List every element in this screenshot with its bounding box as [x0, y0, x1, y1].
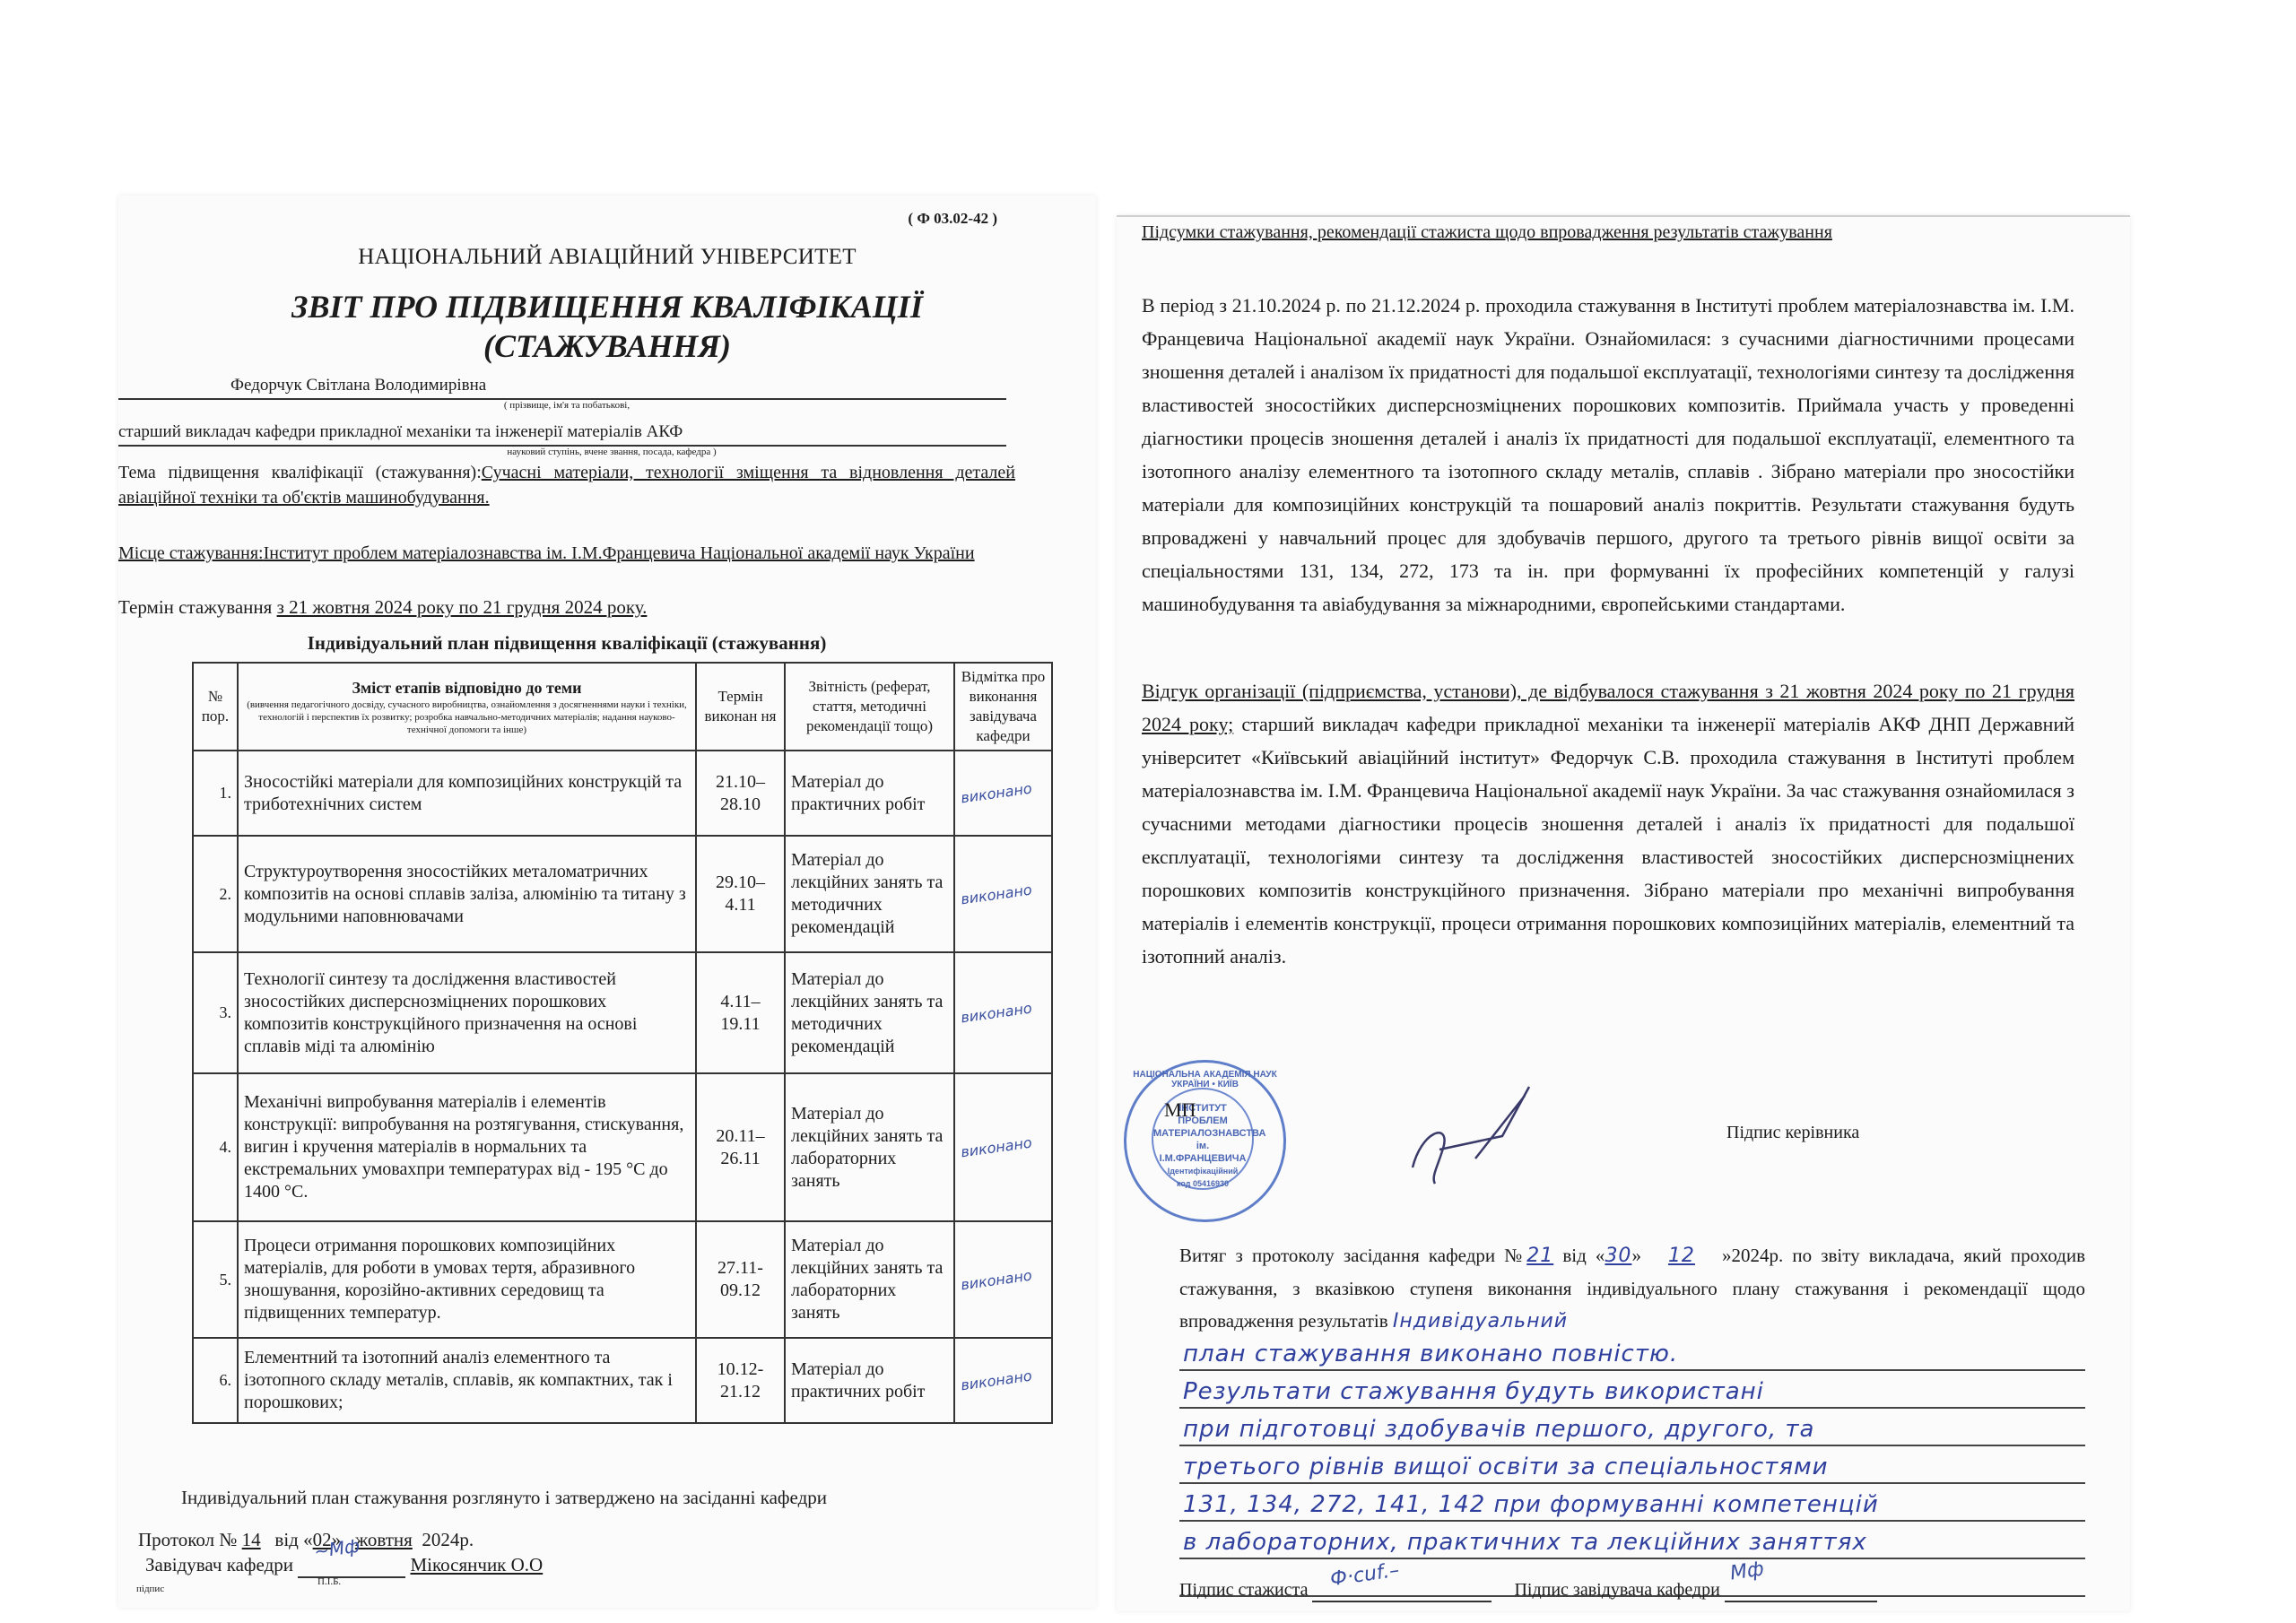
cell-num: 1.	[193, 751, 238, 836]
institute-stamp: НАЦІОНАЛЬНА АКАДЕМІЯ НАУК УКРАЇНИ • КИЇВ…	[1124, 1060, 1286, 1222]
cell-content: Технології синтезу та дослідження власти…	[238, 952, 696, 1073]
protocol-from: від «	[274, 1529, 312, 1550]
handwritten-line: в лабораторних, практичних та лекційних …	[1179, 1522, 2085, 1559]
header-report: Звітність (реферат, стаття, методичні ре…	[785, 663, 954, 751]
cell-term: 21.10– 28.10	[696, 751, 785, 836]
handwritten-text: план стажування виконано повністю.	[1183, 1341, 1678, 1367]
cell-mark: виконано	[954, 836, 1052, 952]
protocol-number: 14	[242, 1529, 261, 1550]
handwritten-line: план стажування виконано повністю.	[1179, 1333, 2085, 1371]
cell-term: 27.11- 09.12	[696, 1221, 785, 1338]
handwritten-text: третього рівнів вищої освіти за спеціаль…	[1183, 1454, 1828, 1480]
cell-content: Механічні випробування матеріалів і елем…	[238, 1073, 696, 1221]
cell-content: Зносостійкі матеріали для композиційних …	[238, 751, 696, 836]
plan-table-row: 4.Механічні випробування матеріалів і ел…	[193, 1073, 1052, 1221]
extract-day: 30	[1605, 1245, 1631, 1267]
completion-mark-signature: виконано	[960, 777, 1033, 810]
report-title: ЗВІТ ПРО ПІДВИЩЕННЯ КВАЛІФІКАЦІЇ (СТАЖУВ…	[118, 287, 1096, 366]
extract: Витяг з протоколу засідання кафедри №21 …	[1179, 1239, 2085, 1338]
header-content: Зміст етапів відповідно до теми (вивченн…	[238, 663, 696, 751]
place-value: Інститут проблем матеріалознавства ім. І…	[264, 543, 975, 563]
handwritten-line: Результати стажування будуть використані	[1179, 1371, 2085, 1409]
signature-icon	[1395, 1078, 1610, 1194]
cell-content: Структуроутворення зносостійких металома…	[238, 836, 696, 952]
head-signature: Мф	[1725, 1580, 1877, 1602]
extract-from: від «	[1562, 1245, 1605, 1266]
plan-table-row: 3.Технології синтезу та дослідження влас…	[193, 952, 1052, 1073]
completion-mark-signature: виконано	[960, 878, 1033, 910]
cell-term: 29.10– 4.11	[696, 836, 785, 952]
supervisor-signature-label: Підпис керівника	[1726, 1123, 1859, 1143]
completion-mark-signature: виконано	[960, 1365, 1033, 1397]
caption-pib: П.І.Б.	[317, 1576, 341, 1587]
handwritten-line: третього рівнів вищої освіти за спеціаль…	[1179, 1446, 2085, 1484]
plan-table: № пор. Зміст етапів відповідно до теми (…	[192, 662, 1053, 1424]
head-name: Мікосянчик О.О	[411, 1554, 544, 1575]
form-code: ( Ф 03.02-42 )	[908, 210, 997, 228]
extract-prefix: Витяг з протоколу засідання кафедри №	[1179, 1245, 1526, 1266]
header-term: Термін виконан ня	[696, 663, 785, 751]
extract-number: 21	[1526, 1245, 1553, 1267]
topic-label: Тема підвищення кваліфікації (стажування…	[118, 463, 482, 482]
caption-signature: підпис	[136, 1584, 164, 1594]
handwritten-text: в лабораторних, практичних та лекційних …	[1183, 1529, 1867, 1556]
handwritten-line: при підготовці здобувачів першого, друго…	[1179, 1409, 2085, 1446]
cell-report: Матеріал до лекційних занять та методичн…	[785, 836, 954, 952]
full-name-field: Федорчук Світлана Володимирівна	[118, 373, 1006, 400]
cell-mark: виконано	[954, 952, 1052, 1073]
supervisor-signature	[1395, 1078, 1610, 1194]
header-content-sub: (вивчення педагогічного досвіду, сучасно…	[244, 699, 690, 736]
stamp-line: Ідентифікаційний	[1153, 1165, 1252, 1177]
handwritten-recommendations: план стажування виконано повністю.Резуль…	[1179, 1333, 2085, 1597]
cell-mark: виконано	[954, 1221, 1052, 1338]
position-field: старший викладач кафедри прикладної меха…	[118, 420, 1006, 447]
completion-mark-signature: виконано	[960, 1132, 1033, 1164]
cell-num: 4.	[193, 1073, 238, 1221]
cell-term: 20.11– 26.11	[696, 1073, 785, 1221]
approval-text: Індивідуальний план стажування розглянут…	[181, 1487, 827, 1509]
plan-table-row: 1.Зносостійкі матеріали для композиційни…	[193, 751, 1052, 836]
term: Термін стажування з 21 жовтня 2024 року …	[118, 595, 647, 620]
cell-mark: виконано	[954, 1073, 1052, 1221]
protocol-year: 2024р.	[422, 1529, 474, 1550]
cell-report: Матеріал до практичних робіт	[785, 751, 954, 836]
cell-report: Матеріал до лекційних занять та лаборато…	[785, 1073, 954, 1221]
stamp-line: код 05416930	[1153, 1177, 1252, 1190]
topic: Тема підвищення кваліфікації (стажування…	[118, 460, 1015, 510]
handwritten-text: Результати стажування будуть використані	[1183, 1378, 1764, 1405]
feedback: Відгук організації (підприємства, устано…	[1142, 674, 2074, 973]
cell-content: Елементний та ізотопний аналіз елементно…	[238, 1338, 696, 1423]
full-name: Федорчук Світлана Володимирівна	[230, 376, 486, 395]
cell-report: Матеріал до лекційних занять та методичн…	[785, 952, 954, 1073]
cell-term: 4.11– 19.11	[696, 952, 785, 1073]
head-line: Завідувач кафедри ~Мф Мікосянчик О.О	[145, 1554, 543, 1578]
handwritten-text: при підготовці здобувачів першого, друго…	[1183, 1416, 1814, 1443]
header-mark: Відмітка про виконання завідувача кафедр…	[954, 663, 1052, 751]
extract-month: 12	[1641, 1245, 1722, 1267]
feedback-text: старший викладач кафедри прикладної меха…	[1142, 713, 2074, 968]
plan-title: Індивідуальний план підвищення кваліфіка…	[118, 632, 1015, 655]
term-value: з 21 жовтня 2024 року по 21 грудня 2024 …	[277, 596, 648, 618]
protocol-month: жовтня	[355, 1529, 413, 1550]
position: старший викладач кафедри прикладної меха…	[118, 422, 683, 441]
trainee-signature: Ф·cuf.–	[1312, 1580, 1492, 1602]
head-signature: ~Мф	[298, 1554, 405, 1578]
plan-table-header: № пор. Зміст етапів відповідно до теми (…	[193, 663, 1052, 751]
handwritten-text: 131, 134, 272, 141, 142 при формуванні к…	[1183, 1491, 1879, 1518]
handwritten-first: Індивідуальний	[1393, 1310, 1568, 1332]
place: Місце стажування:Інститут проблем матері…	[118, 541, 1015, 566]
stamp-mp: МП	[1164, 1098, 1196, 1122]
summary-text: В період з 21.10.2024 р. по 21.12.2024 р…	[1142, 289, 2074, 621]
cell-mark: виконано	[954, 751, 1052, 836]
stamp-line: ім. І.М.ФРАНЦЕВИЧА	[1153, 1140, 1252, 1165]
summary-heading: Підсумки стажування, рекомендації стажис…	[1142, 222, 1832, 243]
cell-num: 2.	[193, 836, 238, 952]
head-signature-label: Підпис завідувача кафедри	[1514, 1580, 1719, 1600]
term-label: Термін стажування	[118, 596, 277, 618]
header-num: № пор.	[193, 663, 238, 751]
cell-report: Матеріал до практичних робіт	[785, 1338, 954, 1423]
full-name-caption: ( прізвище, ім'я та побатькові,	[387, 400, 746, 411]
university-name: НАЦІОНАЛЬНИЙ АВІАЦІЙНИЙ УНІВЕРСИТЕТ	[118, 245, 1096, 270]
cell-num: 6.	[193, 1338, 238, 1423]
report-title-line1: ЗВІТ ПРО ПІДВИЩЕННЯ КВАЛІФІКАЦІЇ	[118, 287, 1096, 326]
header-content-main: Зміст етапів відповідно до теми	[352, 679, 581, 697]
report-page-left: ( Ф 03.02-42 ) НАЦІОНАЛЬНИЙ АВІАЦІЙНИЙ У…	[118, 195, 1096, 1608]
cell-num: 5.	[193, 1221, 238, 1338]
signature-icon: Мф	[1728, 1558, 1765, 1584]
cell-num: 3.	[193, 952, 238, 1073]
signatures-row: Підпис стажиста Ф·cuf.– Підпис завідувач…	[1179, 1580, 2085, 1602]
cell-report: Матеріал до лекційних занять та лаборато…	[785, 1221, 954, 1338]
trainee-signature-label: Підпис стажиста	[1179, 1580, 1308, 1600]
protocol-line: Протокол № 14 від «02» жовтня 2024р.	[138, 1529, 474, 1551]
report-title-line2: (СТАЖУВАННЯ)	[118, 326, 1096, 366]
stamp-line: МАТЕРІАЛОЗНАВСТВА	[1153, 1127, 1252, 1140]
cell-content: Процеси отримання порошкових композиційн…	[238, 1221, 696, 1338]
head-label: Завідувач кафедри	[145, 1554, 293, 1575]
position-caption: науковий ступінь, вчене звання, посада, …	[459, 447, 764, 457]
cell-term: 10.12- 21.12	[696, 1338, 785, 1423]
completion-mark-signature: виконано	[960, 997, 1033, 1029]
handwritten-line: 131, 134, 272, 141, 142 при формуванні к…	[1179, 1484, 2085, 1522]
protocol-label: Протокол №	[138, 1529, 237, 1550]
plan-table-row: 2.Структуроутворення зносостійких метало…	[193, 836, 1052, 952]
plan-table-row: 6.Елементний та ізотопний аналіз елемент…	[193, 1338, 1052, 1423]
plan-table-row: 5.Процеси отримання порошкових композиці…	[193, 1221, 1052, 1338]
cell-mark: виконано	[954, 1338, 1052, 1423]
report-page-right: Підсумки стажування, рекомендації стажис…	[1117, 215, 2130, 1611]
place-label: Місце стажування:	[118, 543, 264, 563]
completion-mark-signature: виконано	[960, 1263, 1033, 1296]
extract-day-close: »	[1631, 1245, 1641, 1266]
